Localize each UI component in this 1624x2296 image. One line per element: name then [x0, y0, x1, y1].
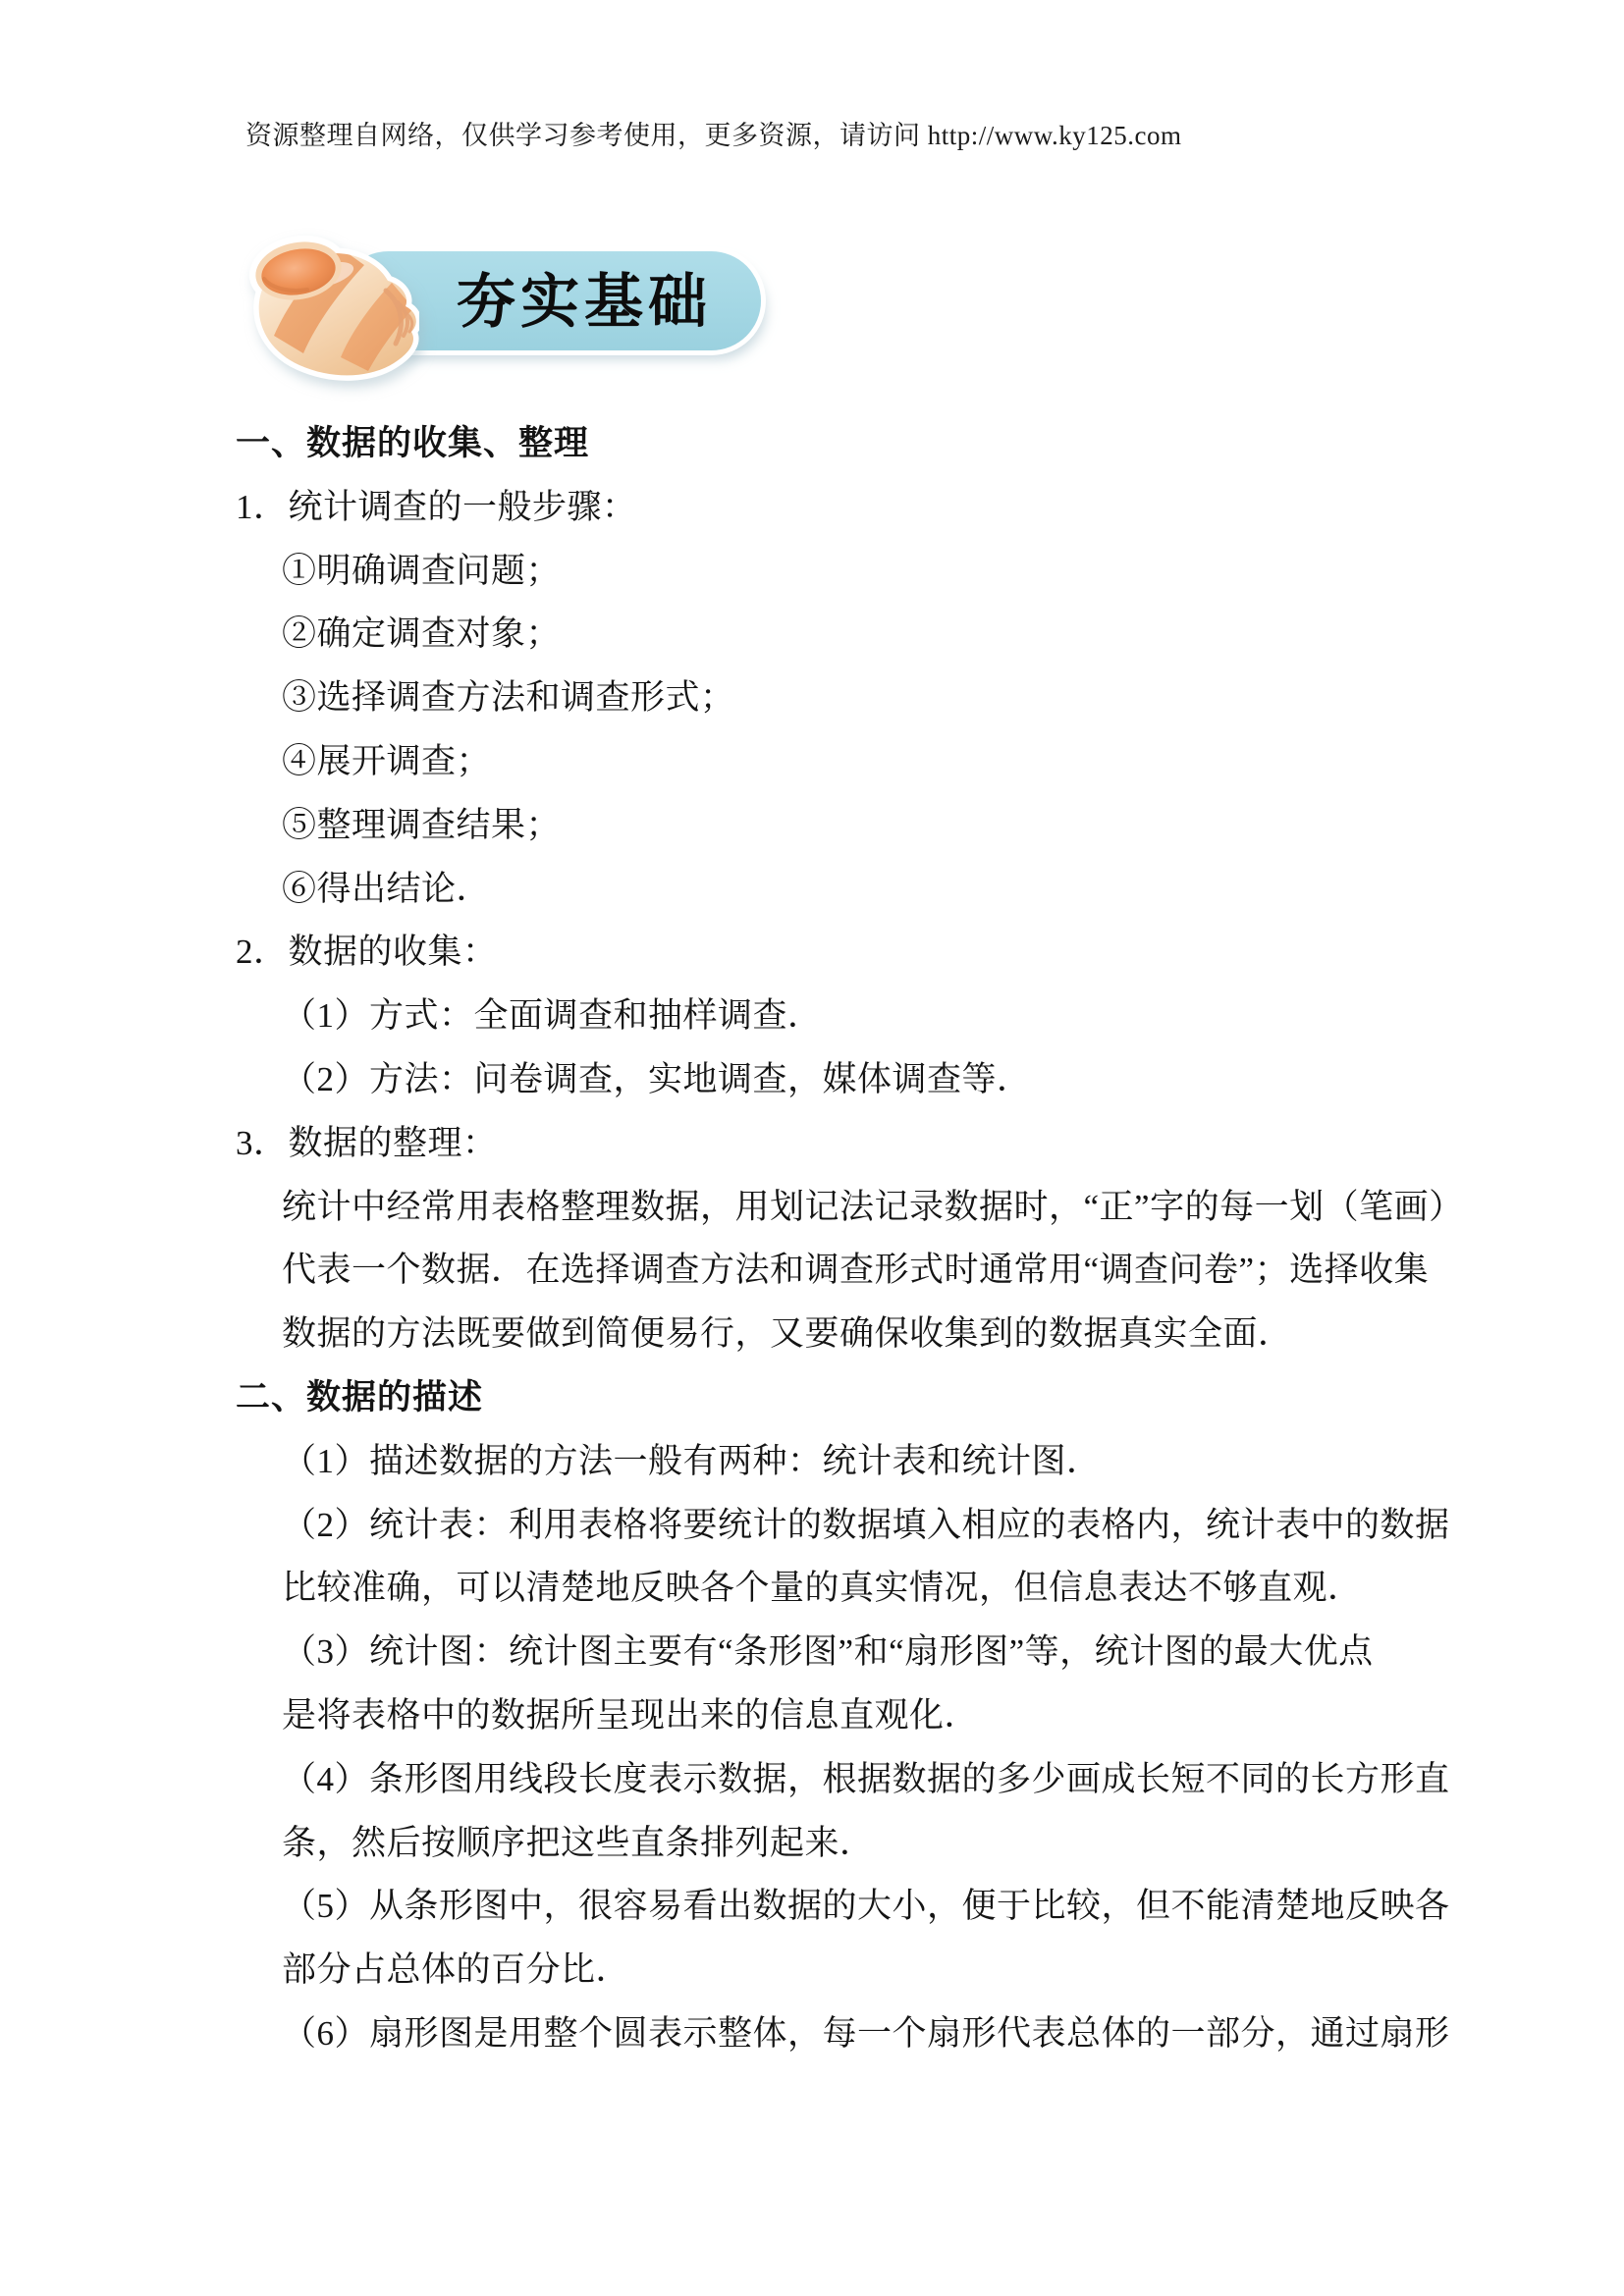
doc-line: 条，然后按顺序把这些直条排列起来． [236, 1812, 1453, 1876]
doc-line: （5）从条形图中，很容易看出数据的大小，便于比较，但不能清楚地反映各 [236, 1875, 1453, 1939]
doc-line: 数据的方法既要做到简便易行，又要确保收集到的数据真实全面． [236, 1303, 1453, 1366]
section-badge: 夯实基础 [241, 226, 790, 402]
section-heading-2: 二、数据的描述 [236, 1366, 1453, 1430]
doc-line: 统计中经常用表格整理数据，用划记法记录数据时，“正”字的每一划（笔画） [236, 1176, 1453, 1240]
doc-line: 比较准确，可以清楚地反映各个量的真实情况，但信息表达不够直观． [236, 1557, 1453, 1621]
doc-line: ⑤整理调查结果； [236, 794, 1453, 858]
doc-line: ⑥得出结论． [236, 858, 1453, 922]
section-heading-1: 一、数据的收集、整理 [236, 412, 1453, 476]
doc-line: 代表一个数据．在选择调查方法和调查形式时通常用“调查问卷”；选择收集 [236, 1239, 1453, 1303]
doc-line: （4）条形图用线段长度表示数据，根据数据的多少画成长短不同的长方形直 [236, 1748, 1453, 1812]
document-page: 资源整理自网络，仅供学习参考使用，更多资源，请访问 http://www.ky1… [0, 0, 1624, 2296]
doc-line: 3．数据的整理： [236, 1112, 1453, 1176]
doc-line: ②确定调查对象； [236, 603, 1453, 667]
doc-line: （1）方式：全面调查和抽样调查． [236, 985, 1453, 1048]
doc-line: ④展开调查； [236, 730, 1453, 794]
doc-line: ①明确调查问题； [236, 540, 1453, 604]
doc-line: 2．数据的收集： [236, 921, 1453, 985]
doc-line: 部分占总体的百分比． [236, 1939, 1453, 2002]
doc-line: （2）统计表：利用表格将要统计的数据填入相应的表格内，统计表中的数据 [236, 1494, 1453, 1558]
document-body: 一、数据的收集、整理 1．统计调查的一般步骤： ①明确调查问题； ②确定调查对象… [236, 412, 1453, 2066]
doc-line: （6）扇形图是用整个圆表示整体，每一个扇形代表总体的一部分，通过扇形 [236, 2002, 1453, 2066]
conch-shell-icon [243, 228, 419, 387]
doc-line: （1）描述数据的方法一般有两种：统计表和统计图． [236, 1430, 1453, 1494]
header-note: 资源整理自网络，仅供学习参考使用，更多资源，请访问 http://www.ky1… [245, 114, 1181, 152]
doc-line: 是将表格中的数据所呈现出来的信息直观化． [236, 1684, 1453, 1748]
badge-title: 夯实基础 [457, 255, 712, 340]
doc-line: （2）方法：问卷调查，实地调查，媒体调查等． [236, 1048, 1453, 1112]
doc-line: ③选择调查方法和调查形式； [236, 667, 1453, 730]
doc-line: 1．统计调查的一般步骤： [236, 476, 1453, 540]
doc-line: （3）统计图：统计图主要有“条形图”和“扇形图”等，统计图的最大优点 [236, 1621, 1453, 1684]
